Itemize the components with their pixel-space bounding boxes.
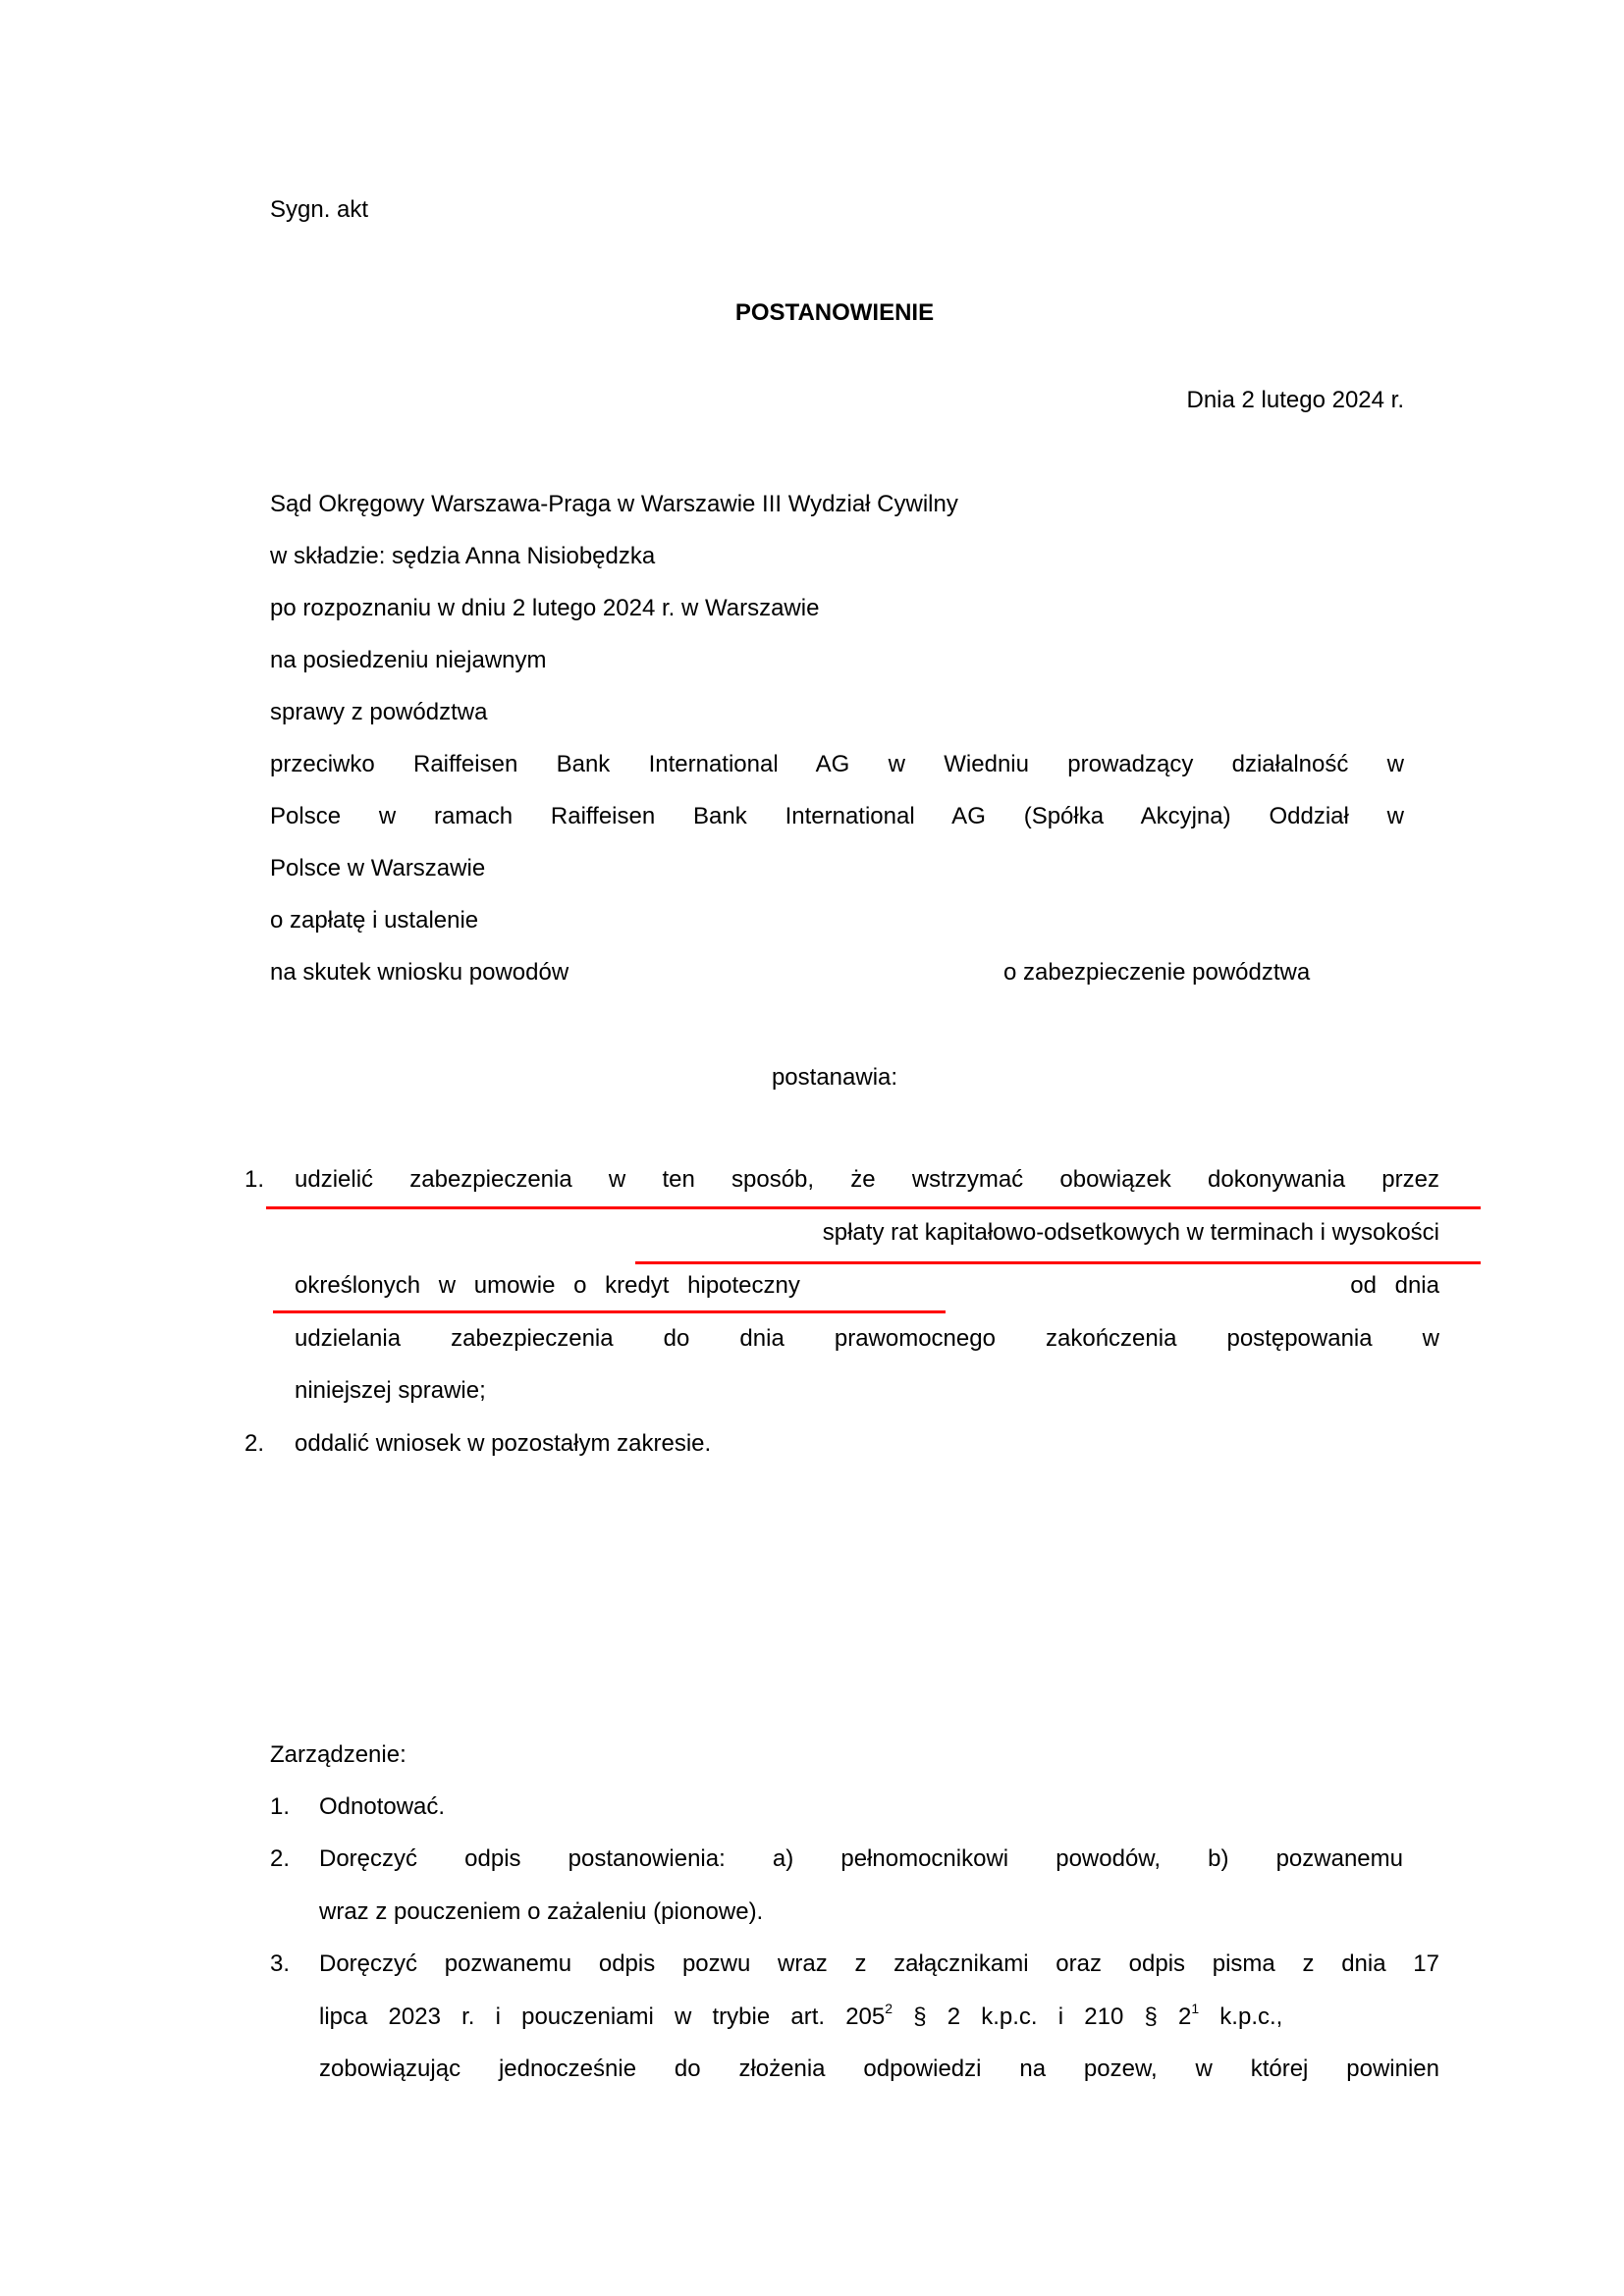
- order-item-3-line-3: zobowiązując jednocześnie do złożenia od…: [319, 2056, 1439, 2083]
- decision-heading: postanawia:: [0, 1064, 1624, 1092]
- decision-item-1-line-4: udzielania zabezpieczenia do dnia prawom…: [295, 1325, 1439, 1353]
- order-item-number: 1.: [270, 1793, 290, 1821]
- hearing-date-place: po rozpoznaniu w dniu 2 lutego 2024 r. w…: [270, 595, 819, 622]
- defendant-line-1: przeciwko Raiffeisen Bank International …: [270, 751, 1404, 778]
- session-type: na posiedzeniu niejawnym: [270, 647, 547, 674]
- superscript: 1: [1191, 2001, 1199, 2016]
- order-item-3-line-1: Doręczyć pozwanemu odpis pozwu wraz z za…: [319, 1950, 1439, 1978]
- decision-item-1-line-3: określonych w umowie o kredyt hipoteczny: [295, 1272, 800, 1300]
- document-title: POSTANOWIENIE: [0, 299, 1624, 327]
- order-item-1: Odnotować.: [319, 1793, 445, 1821]
- decision-item-1-line-2: spłaty rat kapitałowo-odsetkowych w term…: [823, 1219, 1439, 1247]
- order-item-3-line-2-a: lipca 2023 r. i pouczeniami w trybie art…: [319, 2003, 885, 2030]
- defendant-line-2: Polsce w ramach Raiffeisen Bank Internat…: [270, 803, 1404, 830]
- defendant-line-3: Polsce w Warszawie: [270, 855, 485, 882]
- red-underline: [635, 1261, 1481, 1264]
- decision-item-1-line-3-tail: od dnia: [1350, 1272, 1439, 1300]
- court-name: Sąd Okręgowy Warszawa-Praga w Warszawie …: [270, 491, 958, 518]
- plaintiff-line: sprawy z powództwa: [270, 699, 487, 726]
- order-item-number: 2.: [270, 1845, 290, 1873]
- red-underline: [273, 1310, 946, 1313]
- decision-item-number: 1.: [244, 1166, 264, 1194]
- decision-item-2: oddalić wniosek w pozostałym zakresie.: [295, 1430, 711, 1458]
- decision-item-1-line-5: niniejszej sprawie;: [295, 1377, 486, 1405]
- order-item-3-line-2: lipca 2023 r. i pouczeniami w trybie art…: [319, 2003, 1439, 2031]
- motion-line-tail: o zabezpieczenie powództwa: [1003, 959, 1310, 987]
- order-item-3-line-2-b: § 2 k.p.c. i 210 § 2: [893, 2003, 1191, 2030]
- case-reference-label: Sygn. akt: [270, 196, 368, 224]
- motion-line: na skutek wniosku powodów: [270, 959, 568, 987]
- document-date: Dnia 2 lutego 2024 r.: [1187, 387, 1405, 414]
- superscript: 2: [885, 2001, 893, 2016]
- decision-item-1-line-1: udzielić zabezpieczenia w ten sposób, że…: [295, 1166, 1439, 1194]
- claim-subject: o zapłatę i ustalenie: [270, 907, 478, 934]
- decision-item-number: 2.: [244, 1430, 264, 1458]
- order-item-number: 3.: [270, 1950, 290, 1978]
- court-composition: w składzie: sędzia Anna Nisiobędzka: [270, 543, 655, 570]
- order-item-2-line-2: wraz z pouczeniem o zażaleniu (pionowe).: [319, 1898, 763, 1926]
- order-item-3-line-2-c: k.p.c.,: [1199, 2003, 1282, 2030]
- order-item-2-line-1: Doręczyć odpis postanowienia: a) pełnomo…: [319, 1845, 1403, 1873]
- red-underline: [266, 1206, 1481, 1209]
- order-heading: Zarządzenie:: [270, 1741, 406, 1769]
